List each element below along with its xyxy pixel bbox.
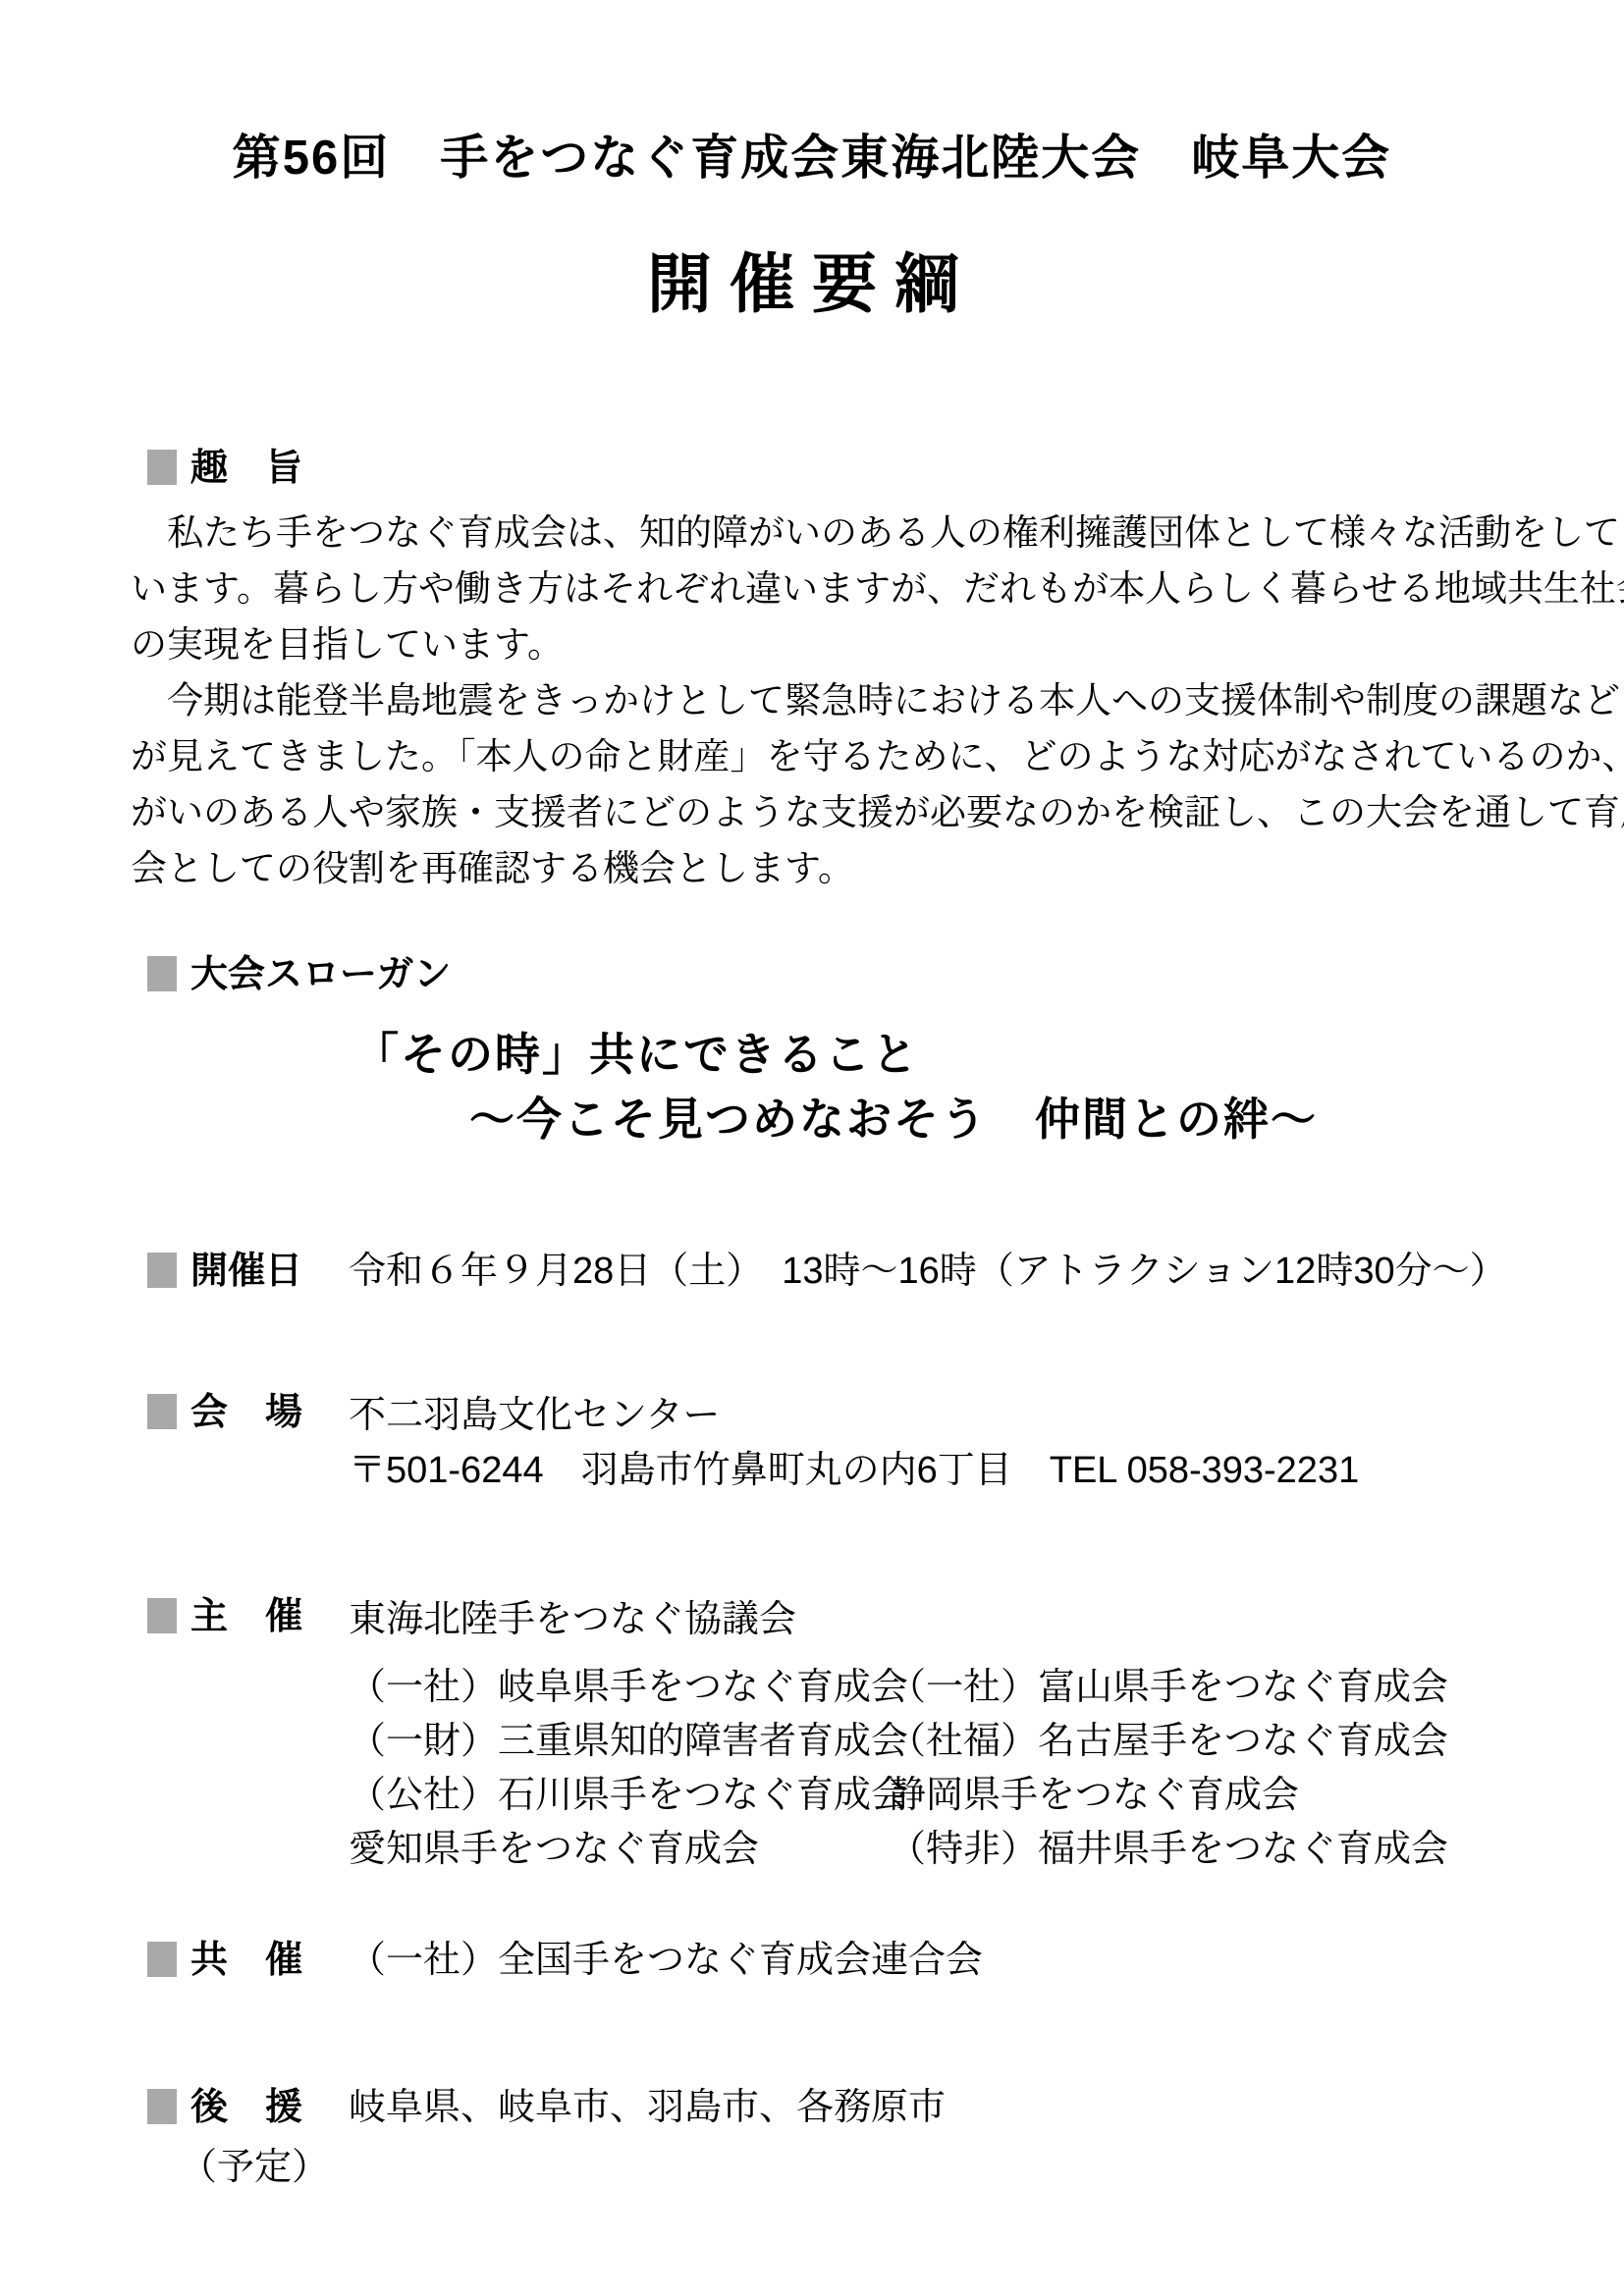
- venue-name: 不二羽島文化センター: [349, 1388, 1359, 1443]
- section-bullet-icon: [147, 2089, 177, 2124]
- section-bullet-icon: [147, 450, 177, 485]
- section-co-organizer-label: 共 催: [190, 1936, 349, 1985]
- document-page: 第56回 手をつなぐ育成会東海北陸大会 岐阜大会 開催要綱 趣 旨 私たち手をつ…: [0, 0, 1624, 2296]
- document-title: 第56回 手をつなぐ育成会東海北陸大会 岐阜大会: [0, 120, 1624, 188]
- document-subtitle: 開催要綱: [0, 232, 1624, 325]
- organizer-member: （一社）岐阜県手をつなぐ育成会: [349, 1661, 889, 1715]
- organizer-member: 愛知県手をつなぐ育成会: [349, 1823, 889, 1877]
- purpose-paragraph: 私たち手をつなぐ育成会は、知的障がいのある人の権利擁護団体として様々な活動をして…: [131, 505, 1624, 896]
- purpose-line: が見えてきました。「本人の命と財産」を守るために、どのような対応がなされているの…: [131, 728, 1624, 784]
- organizer-main: 東海北陸手をつなぐ協議会: [349, 1592, 1448, 1647]
- section-bullet-icon: [147, 956, 177, 991]
- organizer-member: （特非）福井県手をつなぐ育成会: [889, 1823, 1448, 1877]
- organizer-member: 静岡県手をつなぐ育成会: [889, 1769, 1448, 1823]
- purpose-line: の実現を目指しています。: [131, 616, 1624, 672]
- section-date: 開催日 令和６年９月28日（土） 13時～16時（アトラクション12時30分～）: [147, 1247, 1507, 1296]
- section-organizer: 主 催 東海北陸手をつなぐ協議会 （一社）岐阜県手をつなぐ育成会 （一社）富山県…: [147, 1592, 1448, 1877]
- co-organizer-value: （一社）全国手をつなぐ育成会連合会: [349, 1936, 983, 1985]
- section-co-organizer: 共 催 （一社）全国手をつなぐ育成会連合会: [147, 1936, 983, 1985]
- section-purpose-label: 趣 旨: [190, 444, 349, 493]
- slogan-line-2: ～今こそ見つめなおそう 仲間との絆～: [469, 1084, 1318, 1148]
- section-support: 後 援 岐阜県、岐阜市、羽島市、各務原市: [147, 2083, 946, 2132]
- section-purpose-heading: 趣 旨: [147, 444, 349, 493]
- organizer-member-list: （一社）岐阜県手をつなぐ育成会 （一社）富山県手をつなぐ育成会 （一財）三重県知…: [349, 1661, 1448, 1877]
- section-venue: 会 場 不二羽島文化センター 〒501-6244 羽島市竹鼻町丸の内6丁目 TE…: [147, 1388, 1359, 1498]
- section-organizer-label: 主 催: [190, 1592, 349, 1641]
- purpose-line: 今期は能登半島地震をきっかけとして緊急時における本人への支援体制や制度の課題など: [131, 672, 1624, 728]
- purpose-line: 私たち手をつなぐ育成会は、知的障がいのある人の権利擁護団体として様々な活動をして: [131, 505, 1624, 561]
- support-value: 岐阜県、岐阜市、羽島市、各務原市: [349, 2083, 946, 2132]
- organizer-member: （社福）名古屋手をつなぐ育成会: [889, 1715, 1448, 1769]
- section-slogan-heading: 大会スローガン: [147, 950, 451, 999]
- purpose-line: います。暮らし方や働き方はそれぞれ違いますが、だれもが本人らしく暮らせる地域共生…: [131, 561, 1624, 616]
- section-slogan-label: 大会スローガン: [190, 950, 451, 999]
- section-date-label: 開催日: [190, 1247, 349, 1296]
- event-date-value: 令和６年９月28日（土） 13時～16時（アトラクション12時30分～）: [349, 1247, 1507, 1296]
- organizer-member: （一社）富山県手をつなぐ育成会: [889, 1661, 1448, 1715]
- organizer-member: （公社）石川県手をつなぐ育成会: [349, 1769, 889, 1823]
- section-venue-label: 会 場: [190, 1388, 349, 1437]
- section-bullet-icon: [147, 1942, 177, 1977]
- slogan-line-1: 「その時」共にできること: [353, 1019, 919, 1084]
- section-support-label: 後 援: [190, 2083, 349, 2132]
- venue-address: 〒501-6244 羽島市竹鼻町丸の内6丁目 TEL 058-393-2231: [349, 1443, 1359, 1498]
- organizer-member: （一財）三重県知的障害者育成会: [349, 1715, 889, 1769]
- section-bullet-icon: [147, 1253, 177, 1288]
- support-note: （予定）: [180, 2136, 329, 2190]
- section-bullet-icon: [147, 1598, 177, 1633]
- section-bullet-icon: [147, 1394, 177, 1429]
- purpose-line: がいのある人や家族・支援者にどのような支援が必要なのかを検証し、この大会を通して…: [131, 784, 1624, 840]
- purpose-line: 会としての役割を再確認する機会とします。: [131, 840, 1624, 896]
